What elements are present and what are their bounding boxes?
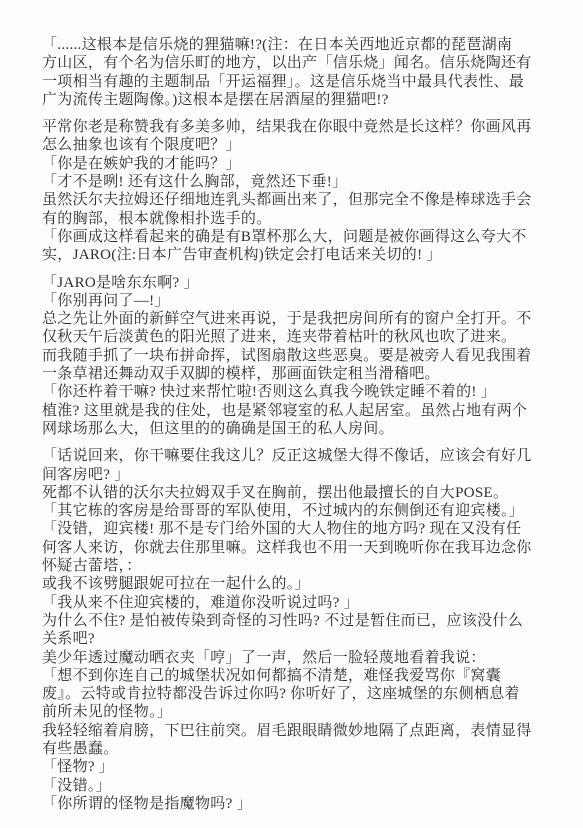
text-line: 「你别再问了—!」 [42,292,543,310]
text-line: 「其它栋的客房是给哥哥的军队使用，不过城内的东侧倒还有迎宾楼。」 [42,502,543,520]
paragraph: 「......这根本是信乐烧的狸猫嘛!?(注：在日本关西地近京都的琵琶湖南方山区… [42,36,543,109]
text-line: 废』。云特或肯拉特都没告诉过你吗? 你听好了，这座城堡的东侧栖息着 [42,685,543,703]
text-line: 「才不是咧! 还有这什么胸部，竟然还下垂!」 [42,173,543,191]
text-line: 「JARO是啥东东啊? 」 [42,274,543,292]
text-line: 「没错。」 [42,777,543,795]
text-line: 一条草裙还舞动双手双脚的模样，那画面铁定租当滑稽吧。 [42,365,543,383]
text-line: 方山区，有个名为信乐町的地方，以出产「信乐烧」闻名。信乐烧陶还有 [42,54,543,72]
paragraph: 「话说回来，你干嘛要住我这儿？反正这城堡大得不像话，应该会有好几间客房吧? 」死… [42,447,543,813]
text-line: 「你所谓的怪物是指魔物吗? 」 [42,795,543,813]
novel-text-page: 「......这根本是信乐烧的狸猫嘛!?(注：在日本关西地近京都的琵琶湖南方山区… [0,0,583,828]
text-line: 关系吧? [42,630,543,648]
text-line: 平常你老是称赞我有多美多帅，结果我在你眼中竟然是长这样？你画风再 [42,118,543,136]
text-line: 有的胸部，根本就像相扑选手的。 [42,210,543,228]
text-line: 「你是在嫉妒我的才能吗？」 [42,155,543,173]
paragraph: 「JARO是啥东东啊? 」「你别再问了—!」总之先让外面的新鲜空气进来再说，于是… [42,274,543,439]
text-line: 有些愚蠢。 [42,740,543,758]
text-line: 而我随手抓了一块布拼命挥，试图扇散这些恶臭。要是被旁人看见我围着 [42,347,543,365]
text-line: 间客房吧? 」 [42,466,543,484]
text-line: 「你画成这样看起来的确是有B罩杯那么大，问题是被你画得这么夸大不 [42,228,543,246]
text-line: 美少年透过魔动晒衣夹「哼」了一声，然后一脸轻蔑地看着我说： [42,649,543,667]
text-line: 「我从来不住迎宾楼的，难道你没听说过吗? 」 [42,594,543,612]
text-line: 怀疑古蕾塔，： [42,557,543,575]
text-line: 为什么不住? 是怕被传染到奇怪的习性吗? 不过是暂住而已，应该没什么 [42,612,543,630]
text-line: 或我不该劈腿跟妮可拉在一起什么的。」 [42,575,543,593]
text-line: 一项相当有趣的主题制品「开运福狸」。这是信乐烧当中最具代表性、最 [42,73,543,91]
text-line: 网球场那么大，但这里的的确确是国王的私人房间。 [42,420,543,438]
text-line: 「想不到你连自己的城堡状况如何都搞不清楚，难怪我爱骂你『窝囊 [42,667,543,685]
text-line: 「......这根本是信乐烧的狸猫嘛!?(注：在日本关西地近京都的琵琶湖南 [42,36,543,54]
text-line: 我轻轻缩着肩膀，下巴往前突。眉毛跟眼睛微妙地隔了点距离，表情显得 [42,722,543,740]
text-line: 总之先让外面的新鲜空气进来再说，于是我把房间所有的窗户全打开。不 [42,310,543,328]
text-line: 「话说回来，你干嘛要住我这儿？反正这城堡大得不像话，应该会有好几 [42,447,543,465]
text-line: 仅秋天午后淡黄色的阳光照了进来，连夹带着枯叶的秋风也吹了进来。 [42,328,543,346]
text-line: 「怪物? 」 [42,758,543,776]
text-line: 虽然沃尔夫拉姆还仔细地连乳头都画出来了，但那完全不像是棒球选手会 [42,191,543,209]
paragraph: 平常你老是称赞我有多美多帅，结果我在你眼中竟然是长这样？你画风再怎么抽象也该有个… [42,118,543,264]
text-line: 「你还杵着干嘛? 快过来帮忙啦!否则这么真我今晚铁定睡不着的! 」 [42,383,543,401]
text-line: 怎么抽象也该有个限度吧？」 [42,136,543,154]
text-line: 植淮? 这里就是我的住处，也是紧邻寝室的私人起居室。虽然占地有两个 [42,402,543,420]
text-line: 实，JARO(注:日本广告审查机构)铁定会打电话来关切的! 」 [42,246,543,264]
text-line: 广为流传主题陶像。)这根本是摆在居酒屋的狸猫吧!? [42,91,543,109]
text-line: 何客人来访，你就去住那里嘛。这样我也不用一天到晚听你在我耳边念你 [42,539,543,557]
text-line: 「没错，迎宾楼! 那不是专门给外国的大人物住的地方吗? 现在又没有任 [42,520,543,538]
text-line: 死都不认错的沃尔夫拉姆双手叉在胸前，摆出他最擅长的自大POSE。 [42,484,543,502]
text-line: 前所未见的怪物。」 [42,703,543,721]
